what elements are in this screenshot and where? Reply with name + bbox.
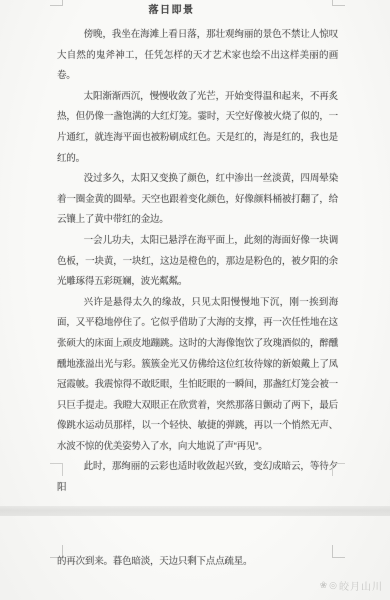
watermark-name: 皎月山川 (339, 578, 383, 593)
crop-mark-page1-top-left (50, 0, 63, 6)
page-separator (0, 506, 390, 516)
paragraph: 没过多久，太阳又变换了颜色，红中渗出一丝淡黄，四周晕染着一圈金黄的圆晕。天空也跟… (57, 169, 338, 231)
crop-mark-page1-top-right (332, 0, 345, 6)
paragraph: 此时，那绚丽的云彩也适时收敛起兴致，变幻成暗云，等待夕阳 (57, 457, 338, 498)
page-1-text-area: 落日即景 傍晚，我坐在海滩上看日落，那壮观绚丽的景色不禁让人惊叹大自然的鬼斧神工… (57, 3, 338, 499)
paragraph: 兴许是悬得太久的缘故，只见太阳慢慢地下沉，刚一挨到海面，又平稳地停住了。它似乎借… (57, 293, 338, 458)
flower-logo-icon: ❀ (320, 580, 328, 591)
scanned-document-photo: 落日即景 傍晚，我坐在海滩上看日落，那壮观绚丽的景色不禁让人惊叹大自然的鬼斧神工… (0, 0, 390, 600)
crop-mark-page1-bottom-right (332, 463, 345, 476)
crop-mark-page1-bottom-left (50, 463, 63, 476)
document-title: 落日即景 (31, 3, 312, 18)
page-1: 落日即景 傍晚，我坐在海滩上看日落，那壮观绚丽的景色不禁让人惊叹大自然的鬼斧神工… (0, 0, 390, 506)
watermark: ❀ ◎ 皎月山川 (320, 578, 383, 593)
paragraph: 一会儿功夫，太阳已悬浮在海平面上，此刻的海面好像一块调色板，一块黄，一块红，这边… (57, 231, 338, 293)
page-2-continuation-line: 的再次到来。暮色暗淡，天边只剩下点点疏星。 (57, 552, 338, 573)
paragraph: 太阳渐渐西沉，慢慢收敛了光芒，开始变得温和起来，不再炙热，但仍像一盏饱满的大红灯… (57, 87, 338, 169)
circle-at-icon: ◎ (329, 580, 337, 591)
paragraph: 傍晚，我坐在海滩上看日落，那壮观绚丽的景色不禁让人惊叹大自然的鬼斧神工，任凭怎样… (57, 25, 338, 87)
